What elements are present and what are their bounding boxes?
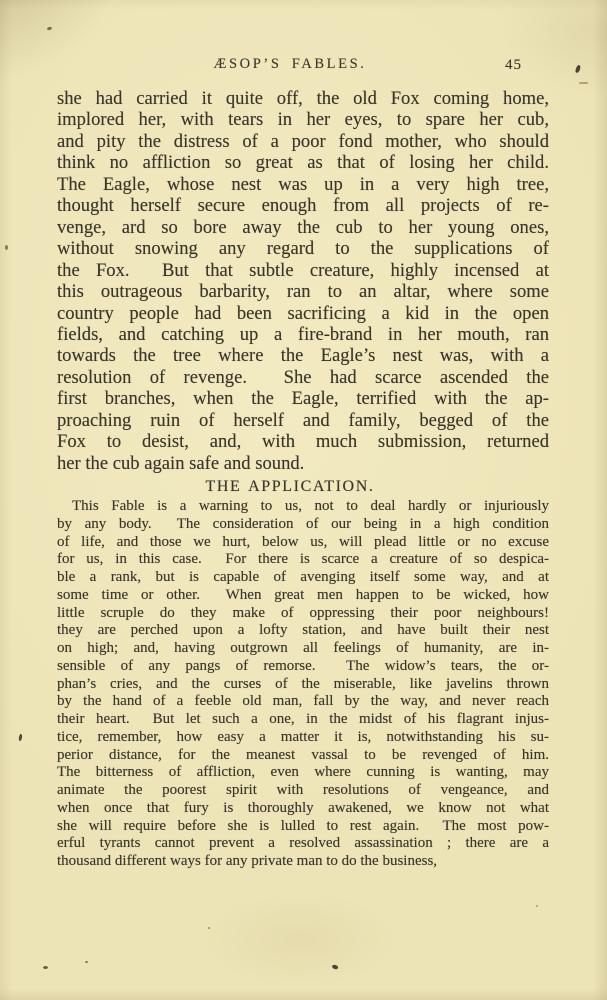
text-line: The Eagle, whose nest was up in a very h… — [57, 174, 549, 195]
text-line: first branches, when the Eagle, terrifie… — [57, 388, 549, 409]
text-line: The bitterness of affliction, even where… — [57, 764, 549, 782]
paper-speck — [43, 966, 48, 969]
paper-speck — [208, 927, 210, 929]
text-line: thousand different ways for any private … — [57, 853, 549, 871]
text-line: little scruple do they make of oppressin… — [57, 605, 549, 623]
text-line: on high; and, having outgrown all feelin… — [57, 640, 549, 658]
text-line: erful tyrants cannot prevent a resolved … — [57, 835, 549, 853]
ink-speck — [18, 734, 22, 741]
text-line: This Fable is a warning to us, not to de… — [57, 498, 549, 516]
text-line: fields, and catching up a fire-brand in … — [57, 324, 549, 345]
paper-speck — [5, 245, 8, 250]
text-line: perior distance, for the meanest vassal … — [57, 747, 549, 765]
text-line: their heart. But let such a one, in the … — [57, 711, 549, 729]
text-line: implored her, with tears in her eyes, to… — [57, 109, 549, 130]
paper-speck — [85, 961, 88, 963]
fable-paragraph: she had carried it quite off, the old Fo… — [57, 88, 549, 474]
text-line: tice, remember, how easy a matter it is,… — [57, 729, 549, 747]
text-line: the Fox. But that subtle creature, highl… — [57, 260, 549, 281]
page-number: 45 — [505, 57, 522, 74]
running-title: ÆSOP’S FABLES. — [44, 56, 536, 73]
paper-speck — [536, 905, 538, 907]
text-line: animate the poorest spirit with resoluti… — [57, 782, 549, 800]
text-line: and pity the distress of a poor fond mot… — [57, 131, 549, 152]
scanned-book-page: ÆSOP’S FABLES. 45 she had carried it qui… — [0, 0, 607, 1000]
text-line: think no affliction so great as that of … — [57, 152, 549, 173]
application-paragraph: This Fable is a warning to us, not to de… — [57, 498, 549, 871]
text-line: thought herself secure enough from all p… — [57, 195, 549, 216]
text-line: resolution of revenge. She had scarce as… — [57, 367, 549, 388]
text-block: she had carried it quite off, the old Fo… — [57, 88, 549, 871]
text-line: of life, and those we hurt, below us, wi… — [57, 534, 549, 552]
text-line: her the cub again safe and sound. — [57, 453, 549, 474]
paper-speck — [47, 26, 53, 30]
text-line: Fox to desist, and, with much submission… — [57, 431, 549, 452]
text-line: when once that fury is thoroughly awaken… — [57, 800, 549, 818]
text-line: without snowing any regard to the suppli… — [57, 238, 549, 259]
running-head: ÆSOP’S FABLES. 45 — [57, 56, 549, 76]
text-line: she had carried it quite off, the old Fo… — [57, 88, 549, 109]
text-line: proaching ruin of herself and family, be… — [57, 410, 549, 431]
paper-stain — [579, 82, 588, 84]
text-line: phan’s cries, and the curses of the mise… — [57, 676, 549, 694]
text-line: she will require before she is lulled to… — [57, 818, 549, 836]
text-line: this outrageous barbarity, ran to an alt… — [57, 281, 549, 302]
ink-speck — [575, 65, 581, 74]
text-line: sensible of any pangs of remorse. The wi… — [57, 658, 549, 676]
text-line: for us, in this case. For there is scarc… — [57, 551, 549, 569]
text-line: by the hand of a feeble old man, fall by… — [57, 693, 549, 711]
text-line: country people had been sacrificing a ki… — [57, 303, 549, 324]
application-heading: THE APPLICATION. — [44, 477, 536, 496]
text-line: towards the tree where the Eagle’s nest … — [57, 345, 549, 366]
text-line: venge, ard so bore away the cub to her y… — [57, 217, 549, 238]
text-line: some time or other. When great men happe… — [57, 587, 549, 605]
text-line: they are perched upon a lofty station, a… — [57, 622, 549, 640]
text-line: ble a rank, but is capable of avenging i… — [57, 569, 549, 587]
ink-speck — [331, 964, 338, 970]
text-line: by any body. The consideration of our be… — [57, 516, 549, 534]
